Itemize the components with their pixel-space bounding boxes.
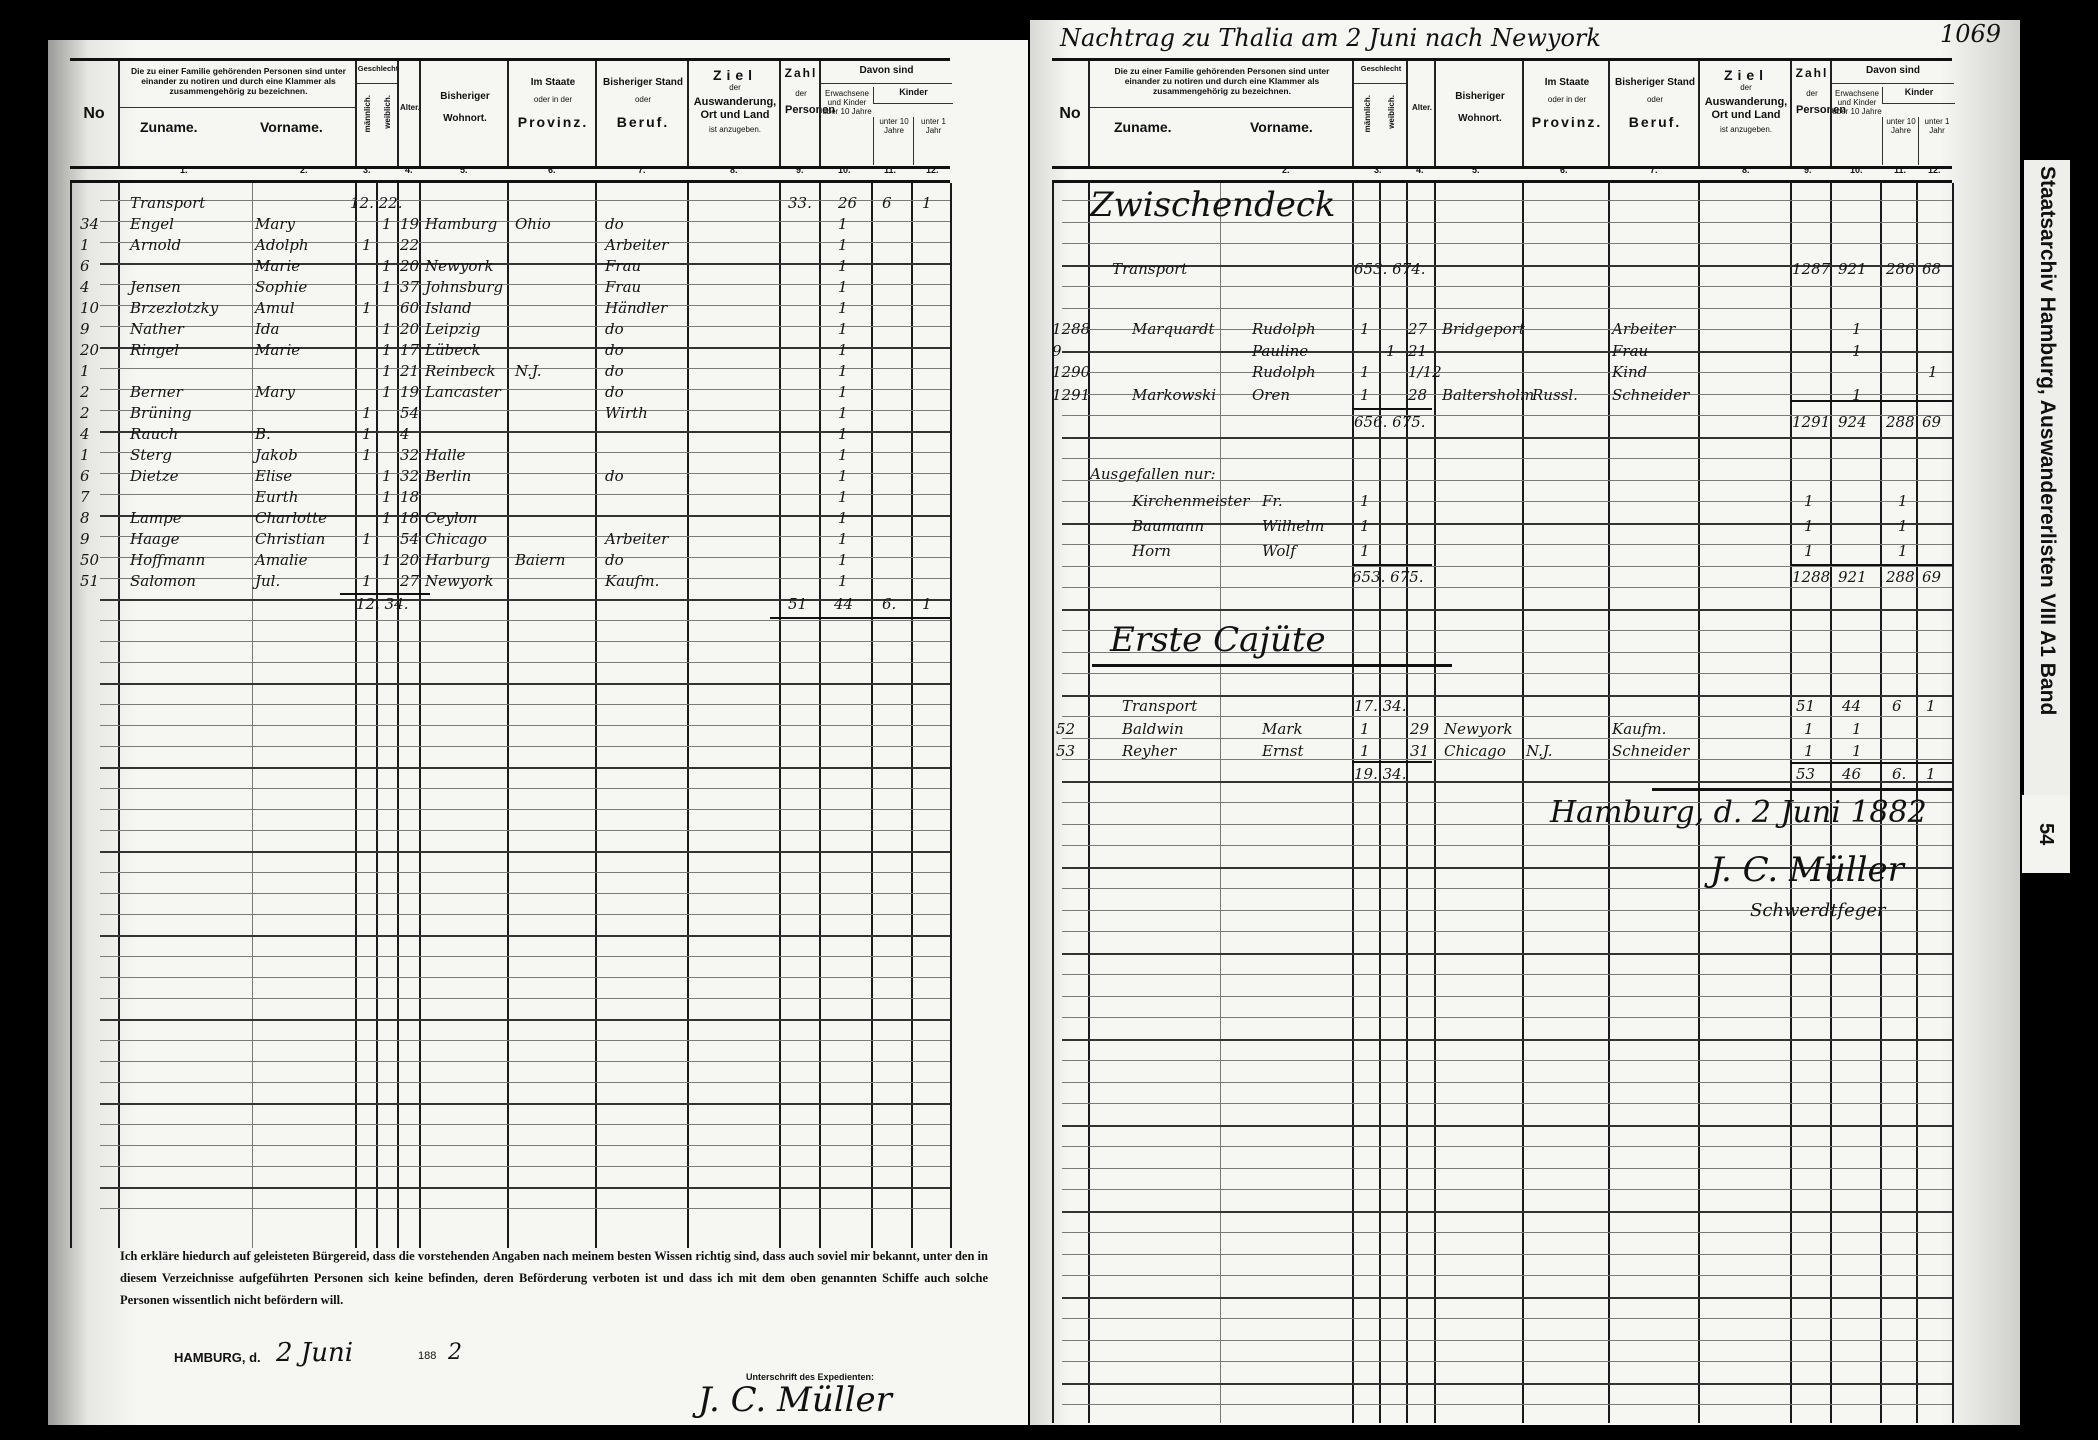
table-row: 4JensenSophie137JohnsburgFrau1 bbox=[70, 278, 950, 298]
page-number: 1069 bbox=[1940, 20, 2001, 48]
row-rule bbox=[1062, 673, 1952, 674]
previous-residence: Baltersholm bbox=[1442, 386, 1534, 404]
previous-residence: Harburg bbox=[425, 551, 490, 569]
alter-label: Alter. bbox=[1408, 103, 1436, 112]
subtotal-sex: 656. 675. bbox=[1354, 413, 1426, 431]
row-rule bbox=[100, 1061, 950, 1062]
sex-female: 1 bbox=[382, 215, 392, 233]
row-rule bbox=[1062, 609, 1952, 611]
subtotal-rule bbox=[1790, 400, 1952, 402]
row-rule bbox=[100, 746, 950, 747]
row-number: 1290 bbox=[1052, 363, 1090, 381]
row-number: 9 bbox=[80, 530, 90, 548]
surname: Salomon bbox=[130, 572, 196, 590]
given-name: Adolph bbox=[255, 236, 309, 254]
table-row-total: 12. 34.51446.1 bbox=[70, 595, 950, 615]
sex-male: 1 bbox=[362, 236, 372, 254]
age: 19 bbox=[400, 215, 419, 233]
row-rule bbox=[1062, 1232, 1952, 1233]
ziel-label-4: ist anzugeben. bbox=[1700, 125, 1792, 134]
ziel-label-2: der bbox=[1700, 83, 1792, 92]
transport-k1: 1 bbox=[922, 194, 932, 212]
year-handwritten: 2 bbox=[448, 1340, 462, 1365]
surname: Nather bbox=[130, 320, 184, 338]
sex-male: 1 bbox=[362, 404, 372, 422]
row-rule bbox=[1062, 996, 1952, 997]
row-number: 4 bbox=[80, 425, 90, 443]
age: 19 bbox=[400, 383, 419, 401]
table-row-subtotal: 656. 675.129192428869 bbox=[1052, 413, 1952, 433]
transport-sex: 17. 34. bbox=[1354, 697, 1406, 715]
adults-count: 1 bbox=[838, 425, 848, 443]
transport-k10: 286 bbox=[1886, 260, 1915, 278]
header-zahl: Zahl der Personen bbox=[1790, 61, 1832, 166]
alter-label: Alter. bbox=[399, 103, 421, 112]
surname: Haage bbox=[130, 530, 179, 548]
occupation: do bbox=[605, 551, 624, 569]
subtotal-k10: 288 bbox=[1886, 568, 1915, 586]
staate-label-1: Im Staate bbox=[509, 77, 597, 89]
row-number: 9 bbox=[80, 320, 90, 338]
adults-count: 1 bbox=[1852, 742, 1862, 760]
weiblich-label: weiblich. bbox=[1387, 95, 1396, 129]
row-rule bbox=[100, 935, 950, 937]
transport-erw: 26 bbox=[838, 194, 857, 212]
sex-male: 1 bbox=[1360, 542, 1370, 560]
stand-label-3: Beruf. bbox=[597, 114, 689, 130]
occupation: do bbox=[605, 467, 624, 485]
section-title-zwischendeck: Zwischendeck bbox=[1090, 185, 1336, 225]
previous-residence: Johnsburg bbox=[425, 278, 503, 296]
table-header: No Die zu einer Familie gehörenden Perso… bbox=[70, 58, 950, 169]
surname: Baldwin bbox=[1122, 720, 1184, 738]
state-province: N.J. bbox=[515, 362, 542, 380]
row-rule bbox=[100, 956, 950, 957]
column-number: 6. bbox=[548, 165, 556, 175]
transport-label: Transport bbox=[1122, 697, 1197, 715]
column-number: 10. bbox=[1850, 165, 1863, 175]
ziel-label-2: der bbox=[689, 83, 781, 92]
table-row: 1288MarquardtRudolph127BridgeportArbeite… bbox=[1052, 320, 1952, 340]
header-no: No bbox=[1052, 61, 1088, 166]
row-number: 4 bbox=[80, 278, 90, 296]
unter10-label: unter 10 Jahre bbox=[873, 117, 914, 165]
column-number: 8. bbox=[1742, 165, 1750, 175]
note-text: Ausgefallen nur: bbox=[1090, 465, 1216, 483]
sex-female: 1 bbox=[382, 383, 392, 401]
children-count: 1 bbox=[1898, 492, 1908, 510]
row-number: 10 bbox=[80, 299, 99, 317]
column-number: 5. bbox=[1472, 165, 1480, 175]
column-number: 5. bbox=[460, 165, 468, 175]
total-sex: 19. 34. bbox=[1354, 765, 1406, 783]
row-rule bbox=[100, 620, 950, 621]
unter10-label: unter 10 Jahre bbox=[1882, 117, 1919, 165]
vorname-label: Vorname. bbox=[1250, 119, 1313, 135]
row-rule bbox=[1062, 1146, 1952, 1147]
adults-count: 1 bbox=[838, 236, 848, 254]
adults-count: 1 bbox=[838, 383, 848, 401]
transport-sex: 12. 22. bbox=[350, 194, 402, 212]
adults-count: 1 bbox=[838, 278, 848, 296]
wohnort-label-2: Wohnort. bbox=[1436, 113, 1524, 125]
table-row: 8LampeCharlotte118Ceylon1 bbox=[70, 509, 950, 529]
row-number: 2 bbox=[80, 383, 90, 401]
adults-count: 1 bbox=[838, 530, 848, 548]
table-row-subtotal: 653. 675.128892128869 bbox=[1052, 568, 1952, 588]
sex-female: 1 bbox=[382, 509, 392, 527]
header-staate: Im Staate oder in der Provinz. bbox=[507, 61, 597, 166]
transport-k10: 6 bbox=[1892, 697, 1902, 715]
adults-count: 1 bbox=[838, 467, 848, 485]
previous-residence: Leipzig bbox=[425, 320, 481, 338]
zuname-label: Zuname. bbox=[140, 119, 198, 135]
table-row: 1121ReinbeckN.J.do1 bbox=[70, 362, 950, 382]
age: 29 bbox=[1410, 720, 1429, 738]
subtotal-zahl: 1291 bbox=[1792, 413, 1830, 431]
table-row: 53ReyherErnst131ChicagoN.J.Schneider11 bbox=[1052, 742, 1952, 762]
subtotal-erw: 921 bbox=[1838, 568, 1867, 586]
persons-note: Die zu einer Familie gehörenden Personen… bbox=[120, 61, 357, 108]
age: 54 bbox=[400, 404, 419, 422]
surname: Marquardt bbox=[1132, 320, 1214, 338]
age: 21 bbox=[400, 362, 419, 380]
given-name: Sophie bbox=[255, 278, 307, 296]
header-stand: Bisheriger Stand oder Beruf. bbox=[595, 61, 689, 166]
subtotal-k1: 69 bbox=[1922, 568, 1941, 586]
adults-count: 1 bbox=[838, 404, 848, 422]
row-rule bbox=[1062, 1082, 1952, 1083]
surname: Rauch bbox=[130, 425, 178, 443]
age: 37 bbox=[400, 278, 419, 296]
age: 31 bbox=[1410, 742, 1429, 760]
row-rule bbox=[100, 788, 950, 789]
sex-female: 1 bbox=[382, 467, 392, 485]
zahl-count: 1 bbox=[1804, 517, 1814, 535]
table-row-transport: Transport653. 674.128792128668 bbox=[1052, 260, 1952, 280]
header-stand: Bisheriger Stand oder Beruf. bbox=[1608, 61, 1700, 166]
declaration-text: Ich erkläre hiedurch auf geleisteten Bür… bbox=[120, 1245, 988, 1311]
geschlecht-label: Geschlecht bbox=[1354, 61, 1408, 84]
row-rule bbox=[1062, 931, 1952, 932]
sex-male: 1 bbox=[362, 299, 372, 317]
maennlich-label: männlich. bbox=[1363, 95, 1372, 132]
row-rule bbox=[100, 662, 950, 663]
age: 20 bbox=[400, 551, 419, 569]
table-row-removed: HornWolf111 bbox=[1052, 542, 1952, 562]
header-ziel: Ziel der Auswanderung, Ort und Land ist … bbox=[1698, 61, 1792, 166]
surname: Brüning bbox=[130, 404, 192, 422]
transport-label: Transport bbox=[1112, 260, 1187, 278]
table-row: 9NatherIda120Leipzigdo1 bbox=[70, 320, 950, 340]
given-name: Christian bbox=[255, 530, 325, 548]
table-row: 2Brüning154Wirth1 bbox=[70, 404, 950, 424]
transport-erw: 921 bbox=[1838, 260, 1867, 278]
transport-k1: 68 bbox=[1922, 260, 1941, 278]
given-name: Amul bbox=[255, 299, 295, 317]
total-zahl: 51 bbox=[788, 595, 807, 613]
column-numbers: 2.3.4.5.6.7.8.9.10.11.12. bbox=[1052, 163, 1952, 183]
row-rule bbox=[100, 725, 950, 726]
given-name: Wilhelm bbox=[1262, 517, 1324, 535]
row-number: 2 bbox=[80, 404, 90, 422]
occupation: Wirth bbox=[605, 404, 648, 422]
kinder-label: Kinder bbox=[873, 87, 953, 104]
stand-label-1: Bisheriger Stand bbox=[1610, 77, 1700, 89]
total-k1: 1 bbox=[1926, 765, 1936, 783]
total-erw: 44 bbox=[834, 595, 853, 613]
given-name: Ernst bbox=[1262, 742, 1304, 760]
table-row: 1291MarkowskiOren128BaltersholmRussl.Sch… bbox=[1052, 386, 1952, 406]
year-prefix: 188 bbox=[418, 1350, 436, 1362]
given-name: Elise bbox=[255, 467, 292, 485]
total-zahl: 53 bbox=[1796, 765, 1815, 783]
state-province: Ohio bbox=[515, 215, 551, 233]
zuname-label: Zuname. bbox=[1114, 119, 1172, 135]
table-row: 1StergJakob132Halle1 bbox=[70, 446, 950, 466]
row-rule bbox=[100, 1040, 950, 1041]
wohnort-label-2: Wohnort. bbox=[421, 113, 509, 125]
row-rule bbox=[100, 683, 950, 685]
occupation: Händler bbox=[605, 299, 667, 317]
previous-residence: Berlin bbox=[425, 467, 471, 485]
stand-label-3: Beruf. bbox=[1610, 114, 1700, 130]
column-number: 9. bbox=[796, 165, 804, 175]
age: 27 bbox=[400, 572, 419, 590]
column-numbers: 1.2.3.4.5.6.7.8.9.10.11.12. bbox=[70, 163, 950, 183]
age: 17 bbox=[400, 341, 419, 359]
given-name: Wolf bbox=[1262, 542, 1296, 560]
occupation: Kind bbox=[1612, 363, 1647, 381]
table-row: 34EngelMary119HamburgOhiodo1 bbox=[70, 215, 950, 235]
table-row: 6DietzeElise132Berlindo1 bbox=[70, 467, 950, 487]
age: 22 bbox=[400, 236, 419, 254]
previous-residence: Newyork bbox=[425, 572, 494, 590]
surname: Jensen bbox=[130, 278, 181, 296]
row-number: 6 bbox=[80, 257, 90, 275]
age: 60 bbox=[400, 299, 419, 317]
column-rule bbox=[1952, 183, 1954, 1423]
stand-label-1: Bisheriger Stand bbox=[597, 77, 689, 89]
row-rule bbox=[1062, 1404, 1952, 1405]
table-row: 1ArnoldAdolph122Arbeiter1 bbox=[70, 236, 950, 256]
infants-count: 1 bbox=[1928, 363, 1938, 381]
zahl-count: 1 bbox=[1804, 492, 1814, 510]
column-number: 10. bbox=[838, 165, 851, 175]
subtotal-rule bbox=[1352, 564, 1432, 566]
column-number: 7. bbox=[1650, 165, 1658, 175]
occupation: Frau bbox=[1612, 342, 1648, 360]
adults-count: 1 bbox=[838, 215, 848, 233]
sex-female: 1 bbox=[382, 362, 392, 380]
zahl-label-3: Personen bbox=[1792, 104, 1832, 117]
surname: Sterg bbox=[130, 446, 172, 464]
age: 28 bbox=[1408, 386, 1427, 404]
given-name: Ida bbox=[255, 320, 279, 338]
row-rule bbox=[100, 1124, 950, 1125]
row-number: 7 bbox=[80, 488, 90, 506]
subtotal-rule bbox=[1790, 564, 1952, 566]
total-rule bbox=[770, 617, 950, 619]
sex-male: 1 bbox=[1360, 492, 1370, 510]
wohnort-label-1: Bisheriger bbox=[1436, 91, 1524, 103]
subtotal-sex: 653. 675. bbox=[1352, 568, 1424, 586]
age: 32 bbox=[400, 467, 419, 485]
total-k1: 1 bbox=[922, 595, 932, 613]
header-davon: Davon sind Erwachsene und Kinder über 10… bbox=[819, 61, 952, 166]
subtotal-zahl: 1288 bbox=[1792, 568, 1830, 586]
sex-male: 1 bbox=[1360, 742, 1370, 760]
row-rule bbox=[1062, 1189, 1952, 1190]
header-geschlecht: Geschlecht männlich. weiblich. bbox=[355, 61, 399, 166]
row-rule bbox=[100, 893, 950, 894]
occupation: do bbox=[605, 215, 624, 233]
column-number: 9. bbox=[1804, 165, 1812, 175]
adults-count: 1 bbox=[838, 509, 848, 527]
sex-male: 1 bbox=[362, 425, 372, 443]
previous-residence: Halle bbox=[425, 446, 466, 464]
row-number: 20 bbox=[80, 341, 99, 359]
subtotal-k10: 288 bbox=[1886, 413, 1915, 431]
sex-female: 1 bbox=[382, 278, 392, 296]
transport-k1: 1 bbox=[1926, 697, 1936, 715]
subtotal-erw: 924 bbox=[1838, 413, 1867, 431]
row-number: 1 bbox=[80, 362, 90, 380]
table-row: 50HoffmannAmalie120HarburgBaierndo1 bbox=[70, 551, 950, 571]
row-number: 1 bbox=[80, 236, 90, 254]
table-row-transport: Transport17. 34.514461 bbox=[1052, 697, 1952, 717]
row-rule bbox=[100, 809, 950, 810]
previous-residence: Hamburg bbox=[425, 215, 497, 233]
occupation: Frau bbox=[605, 257, 641, 275]
given-name: Mary bbox=[255, 215, 295, 233]
surname: Horn bbox=[1132, 542, 1171, 560]
row-rule bbox=[1062, 974, 1952, 975]
unter1-label: unter 1 Jahr bbox=[913, 117, 953, 165]
transport-label: Transport bbox=[130, 194, 205, 212]
column-number: 6. bbox=[1560, 165, 1568, 175]
closing-place-date: Hamburg, d. 2 Juni 1882 bbox=[1550, 795, 1927, 830]
age: 20 bbox=[400, 320, 419, 338]
table-row-removed: BaumannWilhelm111 bbox=[1052, 517, 1952, 537]
row-rule bbox=[1062, 1361, 1952, 1362]
transport-zahl: 33. bbox=[788, 194, 812, 212]
column-number: 11. bbox=[1894, 165, 1906, 175]
zahl-label-2: der bbox=[781, 89, 821, 98]
header-geschlecht: Geschlecht männlich. weiblich. bbox=[1352, 61, 1408, 166]
previous-residence: Newyork bbox=[1444, 720, 1513, 738]
row-rule bbox=[1062, 458, 1952, 459]
occupation: Arbeiter bbox=[605, 236, 668, 254]
row-number: 50 bbox=[80, 551, 99, 569]
total-rule bbox=[1790, 762, 1952, 764]
row-rule bbox=[100, 998, 950, 999]
header-staate: Im Staate oder in der Provinz. bbox=[1522, 61, 1610, 166]
given-name: Jakob bbox=[255, 446, 298, 464]
previous-residence: Reinbeck bbox=[425, 362, 496, 380]
row-rule bbox=[1062, 845, 1952, 846]
staate-label-2: oder in der bbox=[509, 95, 597, 104]
occupation: do bbox=[605, 383, 624, 401]
table-row: 10BrzezlotzkyAmul160IslandHändler1 bbox=[70, 299, 950, 319]
archive-label: Staatsarchiv Hamburg, Auswandererlisten … bbox=[2024, 160, 2070, 800]
row-rule bbox=[100, 914, 950, 915]
zahl-label-1: Zahl bbox=[1792, 67, 1832, 81]
transport-zahl: 1287 bbox=[1792, 260, 1830, 278]
subtotal-k1: 69 bbox=[1922, 413, 1941, 431]
adults-count: 1 bbox=[838, 446, 848, 464]
zahl-count: 1 bbox=[1804, 742, 1814, 760]
row-rule bbox=[100, 851, 950, 853]
closing-signature: J. C. Müller bbox=[1710, 850, 1904, 890]
given-name: B. bbox=[255, 425, 271, 443]
adults-count: 1 bbox=[838, 572, 848, 590]
sex-male: 1 bbox=[1360, 386, 1370, 404]
surname: Arnold bbox=[130, 236, 181, 254]
row-rule bbox=[100, 1082, 950, 1083]
subtotal-rule bbox=[1352, 408, 1432, 410]
staate-label-3: Provinz. bbox=[1524, 114, 1610, 130]
table-row-transport: Transport12. 22.33.2661 bbox=[70, 194, 950, 214]
row-rule bbox=[100, 977, 950, 978]
given-name: Mark bbox=[1262, 720, 1303, 738]
row-number: 1288 bbox=[1052, 320, 1090, 338]
age: 54 bbox=[400, 530, 419, 548]
row-rule bbox=[100, 704, 950, 705]
sex-male: 1 bbox=[362, 446, 372, 464]
given-name: Fr. bbox=[1262, 492, 1283, 510]
given-name: Rudolph bbox=[1252, 363, 1316, 381]
adults-count: 1 bbox=[838, 488, 848, 506]
sex-male: 1 bbox=[1360, 320, 1370, 338]
row-number: 52 bbox=[1056, 720, 1075, 738]
sex-female: 1 bbox=[382, 320, 392, 338]
weiblich-label: weiblich. bbox=[383, 95, 392, 129]
staate-label-2: oder in der bbox=[1524, 95, 1610, 104]
surname: Brzezlotzky bbox=[130, 299, 218, 317]
age: 18 bbox=[400, 488, 419, 506]
given-name: Charlotte bbox=[255, 509, 327, 527]
table-row: 7Eurth1181 bbox=[70, 488, 950, 508]
table-row-removed: KirchenmeisterFr.111 bbox=[1052, 492, 1952, 512]
adults-count: 1 bbox=[838, 257, 848, 275]
age: 27 bbox=[1408, 320, 1427, 338]
row-rule bbox=[1062, 1103, 1952, 1104]
occupation: Kaufm. bbox=[1612, 720, 1666, 738]
table-row: 9HaageChristian154ChicagoArbeiter1 bbox=[70, 530, 950, 550]
erwachsene-label: Erwachsene und Kinder über 10 Jahre bbox=[1832, 89, 1882, 117]
previous-residence: Bridgeport bbox=[1442, 320, 1525, 338]
given-name: Mary bbox=[255, 383, 295, 401]
row-number: 6 bbox=[80, 467, 90, 485]
transport-sex: 653. 674. bbox=[1354, 260, 1426, 278]
age: 32 bbox=[400, 446, 419, 464]
section-rule bbox=[1092, 664, 1452, 667]
adults-count: 1 bbox=[838, 362, 848, 380]
header-wohnort: Bisheriger Wohnort. bbox=[1434, 61, 1524, 166]
row-rule bbox=[1062, 1318, 1952, 1319]
column-number: 3. bbox=[363, 165, 371, 175]
staate-label-3: Provinz. bbox=[509, 114, 597, 130]
row-number: 9 bbox=[1052, 342, 1062, 360]
ziel-label-1: Ziel bbox=[689, 67, 781, 83]
total-erw: 46 bbox=[1842, 765, 1861, 783]
row-number: 1291 bbox=[1052, 386, 1090, 404]
given-name: Marie bbox=[255, 341, 300, 359]
given-name: Eurth bbox=[255, 488, 298, 506]
state-province: Russl. bbox=[1532, 386, 1578, 404]
given-name: Amalie bbox=[255, 551, 307, 569]
